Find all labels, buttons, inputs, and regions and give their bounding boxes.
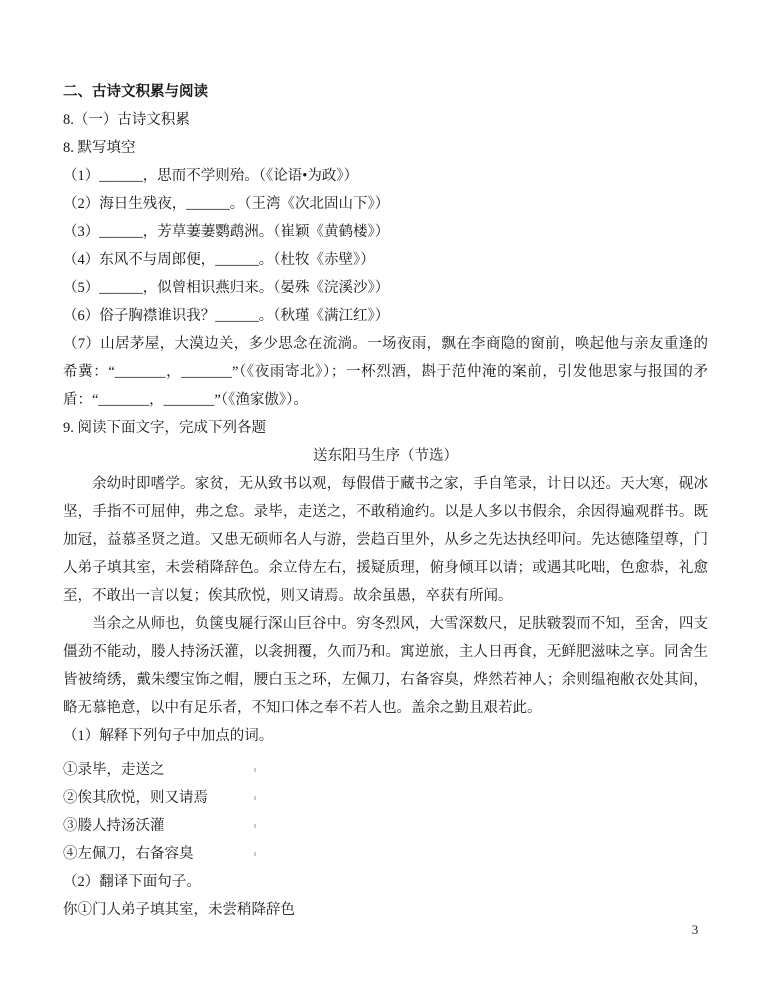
question-1-item-2: ②俟其欣悦，则又请焉 [63,784,708,812]
section-heading: 二、古诗文积累与阅读 [63,78,708,106]
scan-speck [254,796,256,800]
scan-speck [254,852,256,856]
question-1-item-1: ①录毕，走送之 [63,756,708,784]
subsection-heading: 8.（一）古诗文积累 [63,106,708,134]
document-page: 二、古诗文积累与阅读 8.（一）古诗文积累 8. 默写填空 （1）______，… [0,0,770,1000]
passage-paragraph-1: 余幼时即嗜学。家贫，无从致书以观，每假借于藏书之家，手自笔录，计日以还。天大寒，… [63,470,708,610]
reading-intro: 9. 阅读下面文字，完成下列各题 [63,414,708,442]
question-1-items: ①录毕，走送之 ②俟其欣悦，则又请焉 ③媵人持汤沃灌 ④左佩刀，右备容臭 [63,756,708,868]
scan-speck [254,824,256,828]
question-1-item-4: ④左佩刀，右备容臭 [63,840,708,868]
scan-speck [254,768,256,772]
fill-blank-item-3: （3）______，芳草萋萋鹦鹉洲。（崔颖《黄鹤楼》） [63,218,708,246]
fill-blank-item-7: （7）山居茅屋，大漠边关，多少思念在流淌。一场夜雨，飘在李商隐的窗前，唤起他与亲… [63,330,708,414]
question-2-item: 你①门人弟子填其室，未尝稍降辞色 [63,896,708,924]
question-1-prompt: （1）解释下列句子中加点的词。 [63,722,708,750]
fill-blank-item-1: （1）______，思而不学则殆。（《论语•为政》） [63,162,708,190]
fill-blank-item-6: （6）俗子胸襟谁识我？______。（秋瑾《满江红》） [63,302,708,330]
question-2-prompt: （2）翻译下面句子。 [63,868,708,896]
dictation-prompt: 8. 默写填空 [63,134,708,162]
page-content: 二、古诗文积累与阅读 8.（一）古诗文积累 8. 默写填空 （1）______，… [63,78,708,924]
question-1-item-3: ③媵人持汤沃灌 [63,812,708,840]
fill-blank-item-4: （4）东风不与周郎便，______。（杜牧《赤壁》） [63,246,708,274]
page-number: 3 [680,916,710,944]
fill-blank-item-2: （2）海日生残夜，______。（王湾《次北固山下》） [63,190,708,218]
passage-title: 送东阳马生序（节选） [63,442,708,470]
passage-paragraph-2: 当余之从师也，负箧曳屣行深山巨谷中。穷冬烈风，大雪深数尺，足肤皲裂而不知，至舍，… [63,610,708,722]
fill-blank-item-5: （5）______，似曾相识燕归来。（晏殊《浣溪沙》） [63,274,708,302]
